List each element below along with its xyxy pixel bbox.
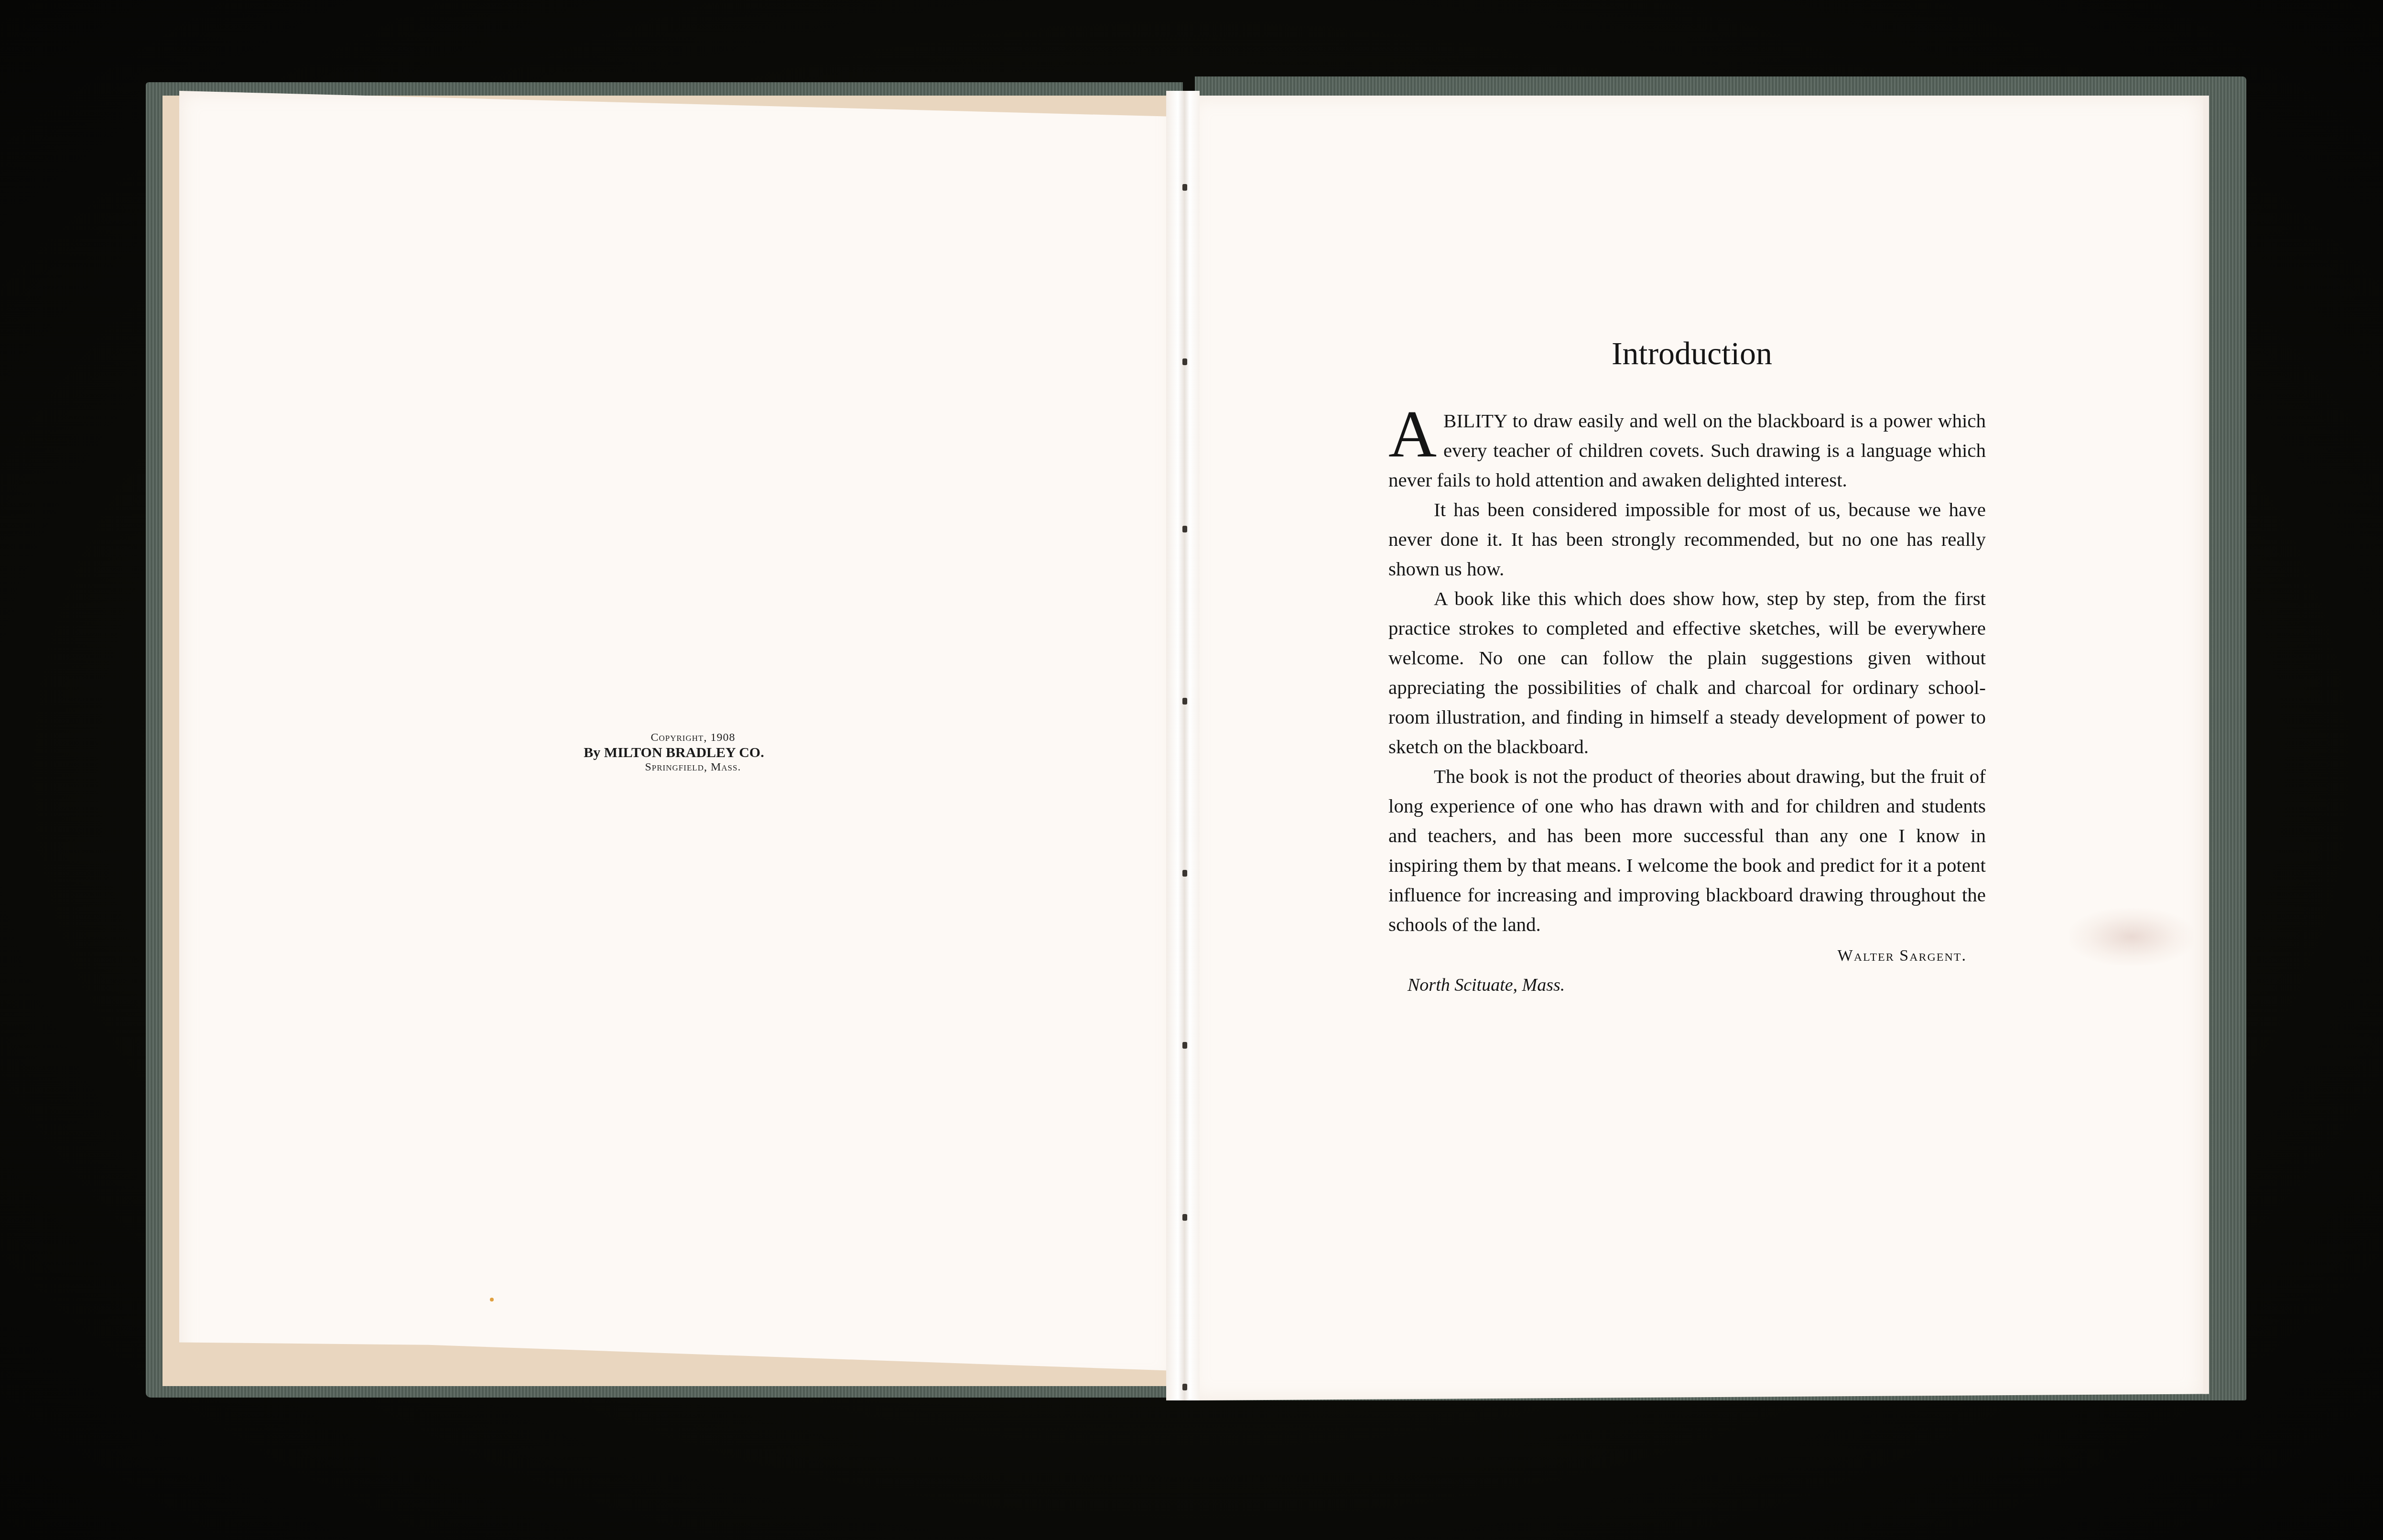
binding-stitch [1182, 870, 1187, 877]
copyright-year: Copyright, 1908 [583, 731, 803, 745]
paragraph: ABILITY to draw easily and well on the b… [1388, 406, 1986, 495]
paragraph: The book is not the product of theories … [1388, 761, 1986, 939]
binding-stitch [1182, 1214, 1187, 1221]
paragraph: It has been considered impossible for mo… [1388, 495, 1986, 584]
binding-stitch [1182, 1384, 1187, 1390]
book-gutter [1166, 91, 1200, 1400]
binding-stitch [1182, 698, 1187, 705]
paragraph-text: BILITY to draw easily and well on the bl… [1388, 410, 1986, 491]
page-stain [2069, 908, 2194, 965]
copyright-notice: Copyright, 1908 By MILTON BRADLEY CO. Sp… [583, 731, 803, 774]
author-location: North Scituate, Mass. [1388, 975, 1986, 996]
introduction-section: Introduction ABILITY to draw easily and … [1388, 335, 1986, 996]
page-title: Introduction [1398, 335, 1986, 372]
binding-stitch [1182, 358, 1187, 365]
binding-stitch [1182, 526, 1187, 532]
author-signature: Walter Sargent. [1388, 947, 1986, 965]
copyright-location: Springfield, Mass. [583, 761, 803, 774]
binding-stitch [1182, 184, 1187, 191]
copyright-publisher: By MILTON BRADLEY CO. [545, 745, 803, 761]
drop-cap: A [1388, 411, 1437, 458]
paper-speck [490, 1298, 494, 1301]
paragraph: A book like this which does show how, st… [1388, 584, 1986, 761]
introduction-body: ABILITY to draw easily and well on the b… [1388, 406, 1986, 939]
binding-stitch [1182, 1042, 1187, 1049]
